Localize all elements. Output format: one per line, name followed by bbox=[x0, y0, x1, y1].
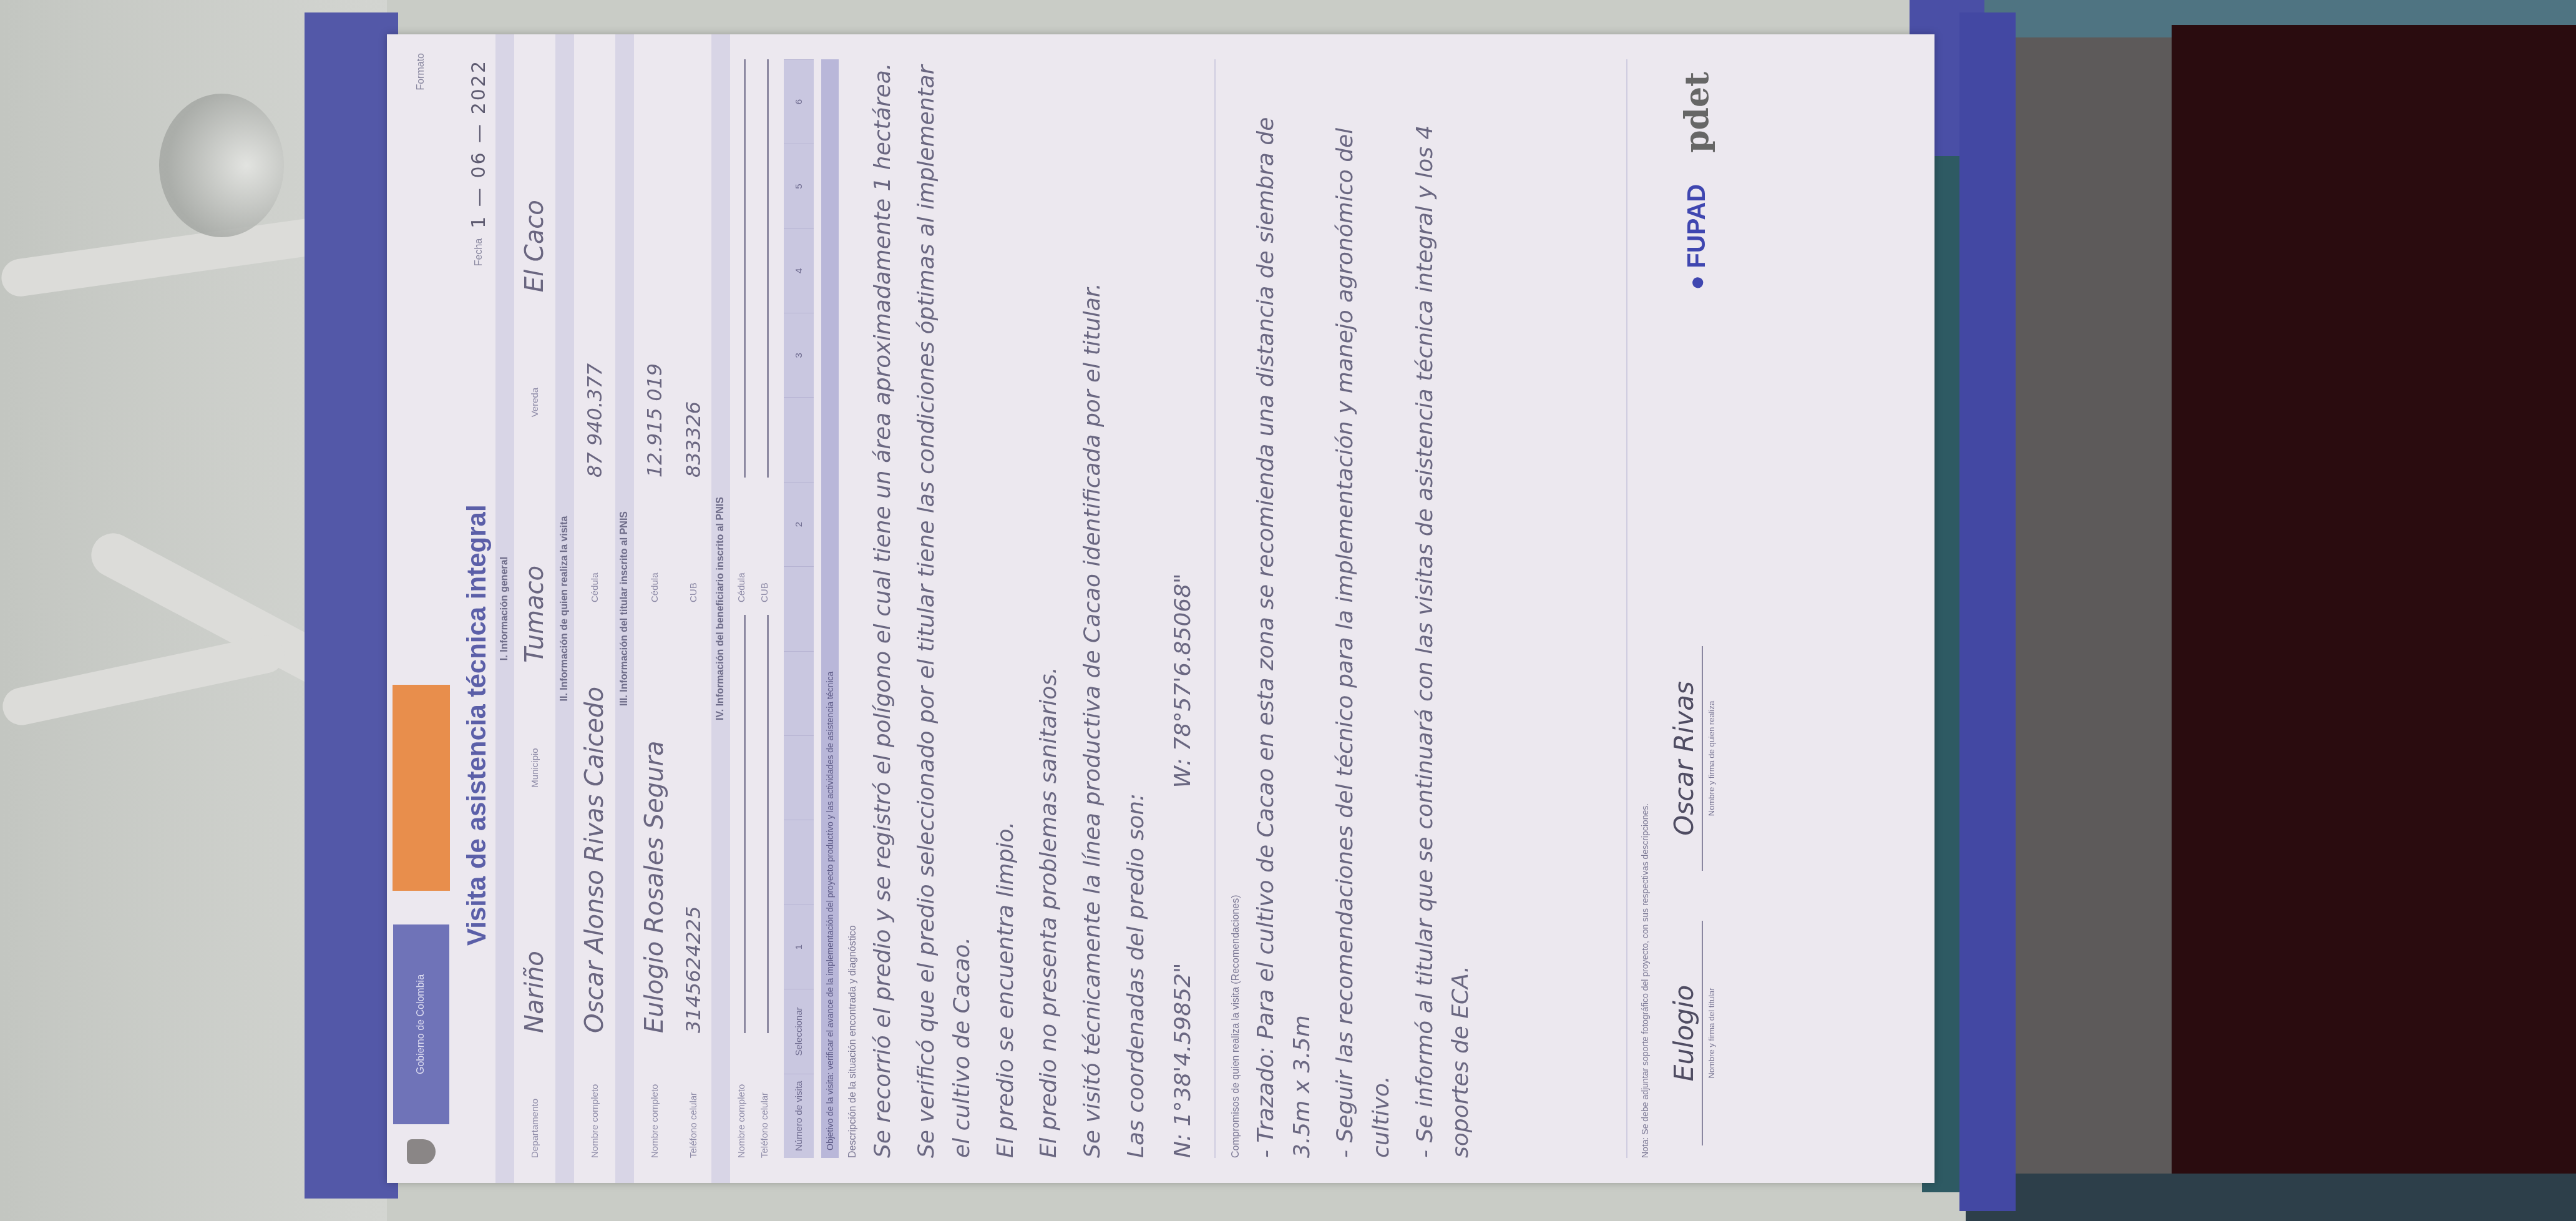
beneficiary-name-row: Nombre completo Cédula bbox=[730, 34, 753, 1183]
visit-grid-cell: Seleccionar bbox=[784, 989, 814, 1073]
recommendation-line: - Trazado: Para el cultivo de Cacao en e… bbox=[1244, 34, 1324, 1183]
section-general-title: I. Información general bbox=[495, 34, 514, 1183]
visit-grid-cell bbox=[784, 397, 814, 481]
folder-cover-edge bbox=[1959, 12, 2016, 1211]
owner-phone-value: 3145624225 bbox=[681, 615, 705, 1033]
signature-owner-value: Eulogio bbox=[1669, 921, 1703, 1145]
format-label: Formato bbox=[416, 53, 427, 91]
visit-grid-cell: 5 bbox=[784, 144, 814, 228]
background-metal-disc bbox=[159, 94, 284, 237]
pdet-logo: pdet bbox=[1678, 72, 1716, 153]
owner-phone-row: Teléfono celular 3145624225 CUB 833326 bbox=[675, 34, 711, 1183]
description-line: Las coordenadas del predio son: bbox=[1115, 34, 1158, 1183]
visit-grid-cell: 3 bbox=[784, 313, 814, 397]
coordinate-north: N: 1°38'4.59852" bbox=[1170, 963, 1196, 1158]
fupad-logo: ● FUPAD bbox=[1683, 184, 1711, 290]
partner-logos: ● FUPAD pdet bbox=[1678, 72, 1716, 290]
agency-logo bbox=[393, 685, 450, 891]
visitor-id-value: 87 940.377 bbox=[583, 59, 607, 478]
visitor-info-row: Nombre completo Oscar Alonso Rivas Caice… bbox=[574, 34, 615, 1183]
vereda-value: El Caco bbox=[520, 59, 549, 292]
beneficiary-name-label: Nombre completo bbox=[736, 1046, 747, 1158]
beneficiary-cub-blank bbox=[761, 59, 769, 478]
signature-owner: Eulogio Nombre y firma del titular bbox=[1669, 921, 1716, 1145]
coordinate-west: W: 78°57'6.85068" bbox=[1170, 573, 1196, 788]
beneficiary-name-blank bbox=[738, 615, 746, 1033]
coordinates: N: 1°38'4.59852" W: 78°57'6.85068" bbox=[1158, 34, 1208, 1183]
beneficiary-phone-row: Teléfono celular CUB bbox=[753, 34, 776, 1183]
section-owner-title: III. Información del titular inscrito al… bbox=[615, 34, 634, 1183]
signature-row: Eulogio Nombre y firma del titular Oscar… bbox=[1656, 34, 1729, 1183]
owner-name-row: Nombre completo Eulogio Rosales Segura C… bbox=[634, 34, 675, 1183]
description-line: El predio se encuentra limpio. bbox=[984, 34, 1028, 1183]
visit-grid-cell bbox=[784, 566, 814, 650]
folder-cover-edge bbox=[305, 12, 398, 1199]
date-value: 1 — 06 — 2022 bbox=[468, 59, 490, 228]
section-divider bbox=[1214, 59, 1216, 1158]
visitor-id-label: Cédula bbox=[590, 490, 600, 602]
signature-visitor: Oscar Rivas Nombre y firma de quien real… bbox=[1669, 646, 1716, 871]
visit-grid-cell: 1 bbox=[784, 905, 814, 989]
owner-cub-label: CUB bbox=[688, 490, 699, 602]
beneficiary-id-blank bbox=[738, 59, 746, 478]
footer-note: Nota: Se debe adjuntar soporte fotográfi… bbox=[1634, 34, 1656, 1183]
beneficiary-cub-label: CUB bbox=[759, 490, 770, 602]
recommendations-label: Compromisos de quien realiza la visita (… bbox=[1222, 34, 1244, 1183]
owner-id-value: 12.915 019 bbox=[643, 59, 666, 478]
signature-visitor-value: Oscar Rivas bbox=[1669, 646, 1703, 871]
owner-cub-value: 833326 bbox=[681, 59, 705, 478]
signature-visitor-label: Nombre y firma de quien realiza bbox=[1703, 646, 1716, 871]
signature-owner-label: Nombre y firma del titular bbox=[1703, 921, 1716, 1145]
owner-name-value: Eulogio Rosales Segura bbox=[640, 615, 669, 1033]
description-line: Se visitó técnicamente la línea producti… bbox=[1071, 34, 1115, 1183]
owner-phone-label: Teléfono celular bbox=[688, 1046, 699, 1158]
description-line: Se recorrió el predio y se registró el p… bbox=[861, 34, 905, 1183]
background-cloth bbox=[1966, 1174, 2576, 1221]
visit-grid-cell: 4 bbox=[784, 228, 814, 313]
description-line: Se verificó que el predio seleccionado p… bbox=[905, 34, 984, 1183]
form-sheet: Gobierno de Colombia Formato Visita de a… bbox=[387, 34, 1934, 1183]
vereda-label: Vereda bbox=[530, 305, 540, 417]
recommendation-line: - Seguir las recomendaciones del técnico… bbox=[1324, 34, 1403, 1183]
description-line: El predio no presenta problemas sanitari… bbox=[1027, 34, 1071, 1183]
owner-id-label: Cédula bbox=[650, 490, 660, 602]
date-field: Fecha 1 — 06 — 2022 bbox=[468, 59, 490, 266]
section-divider bbox=[1626, 59, 1627, 1158]
blank-space bbox=[1483, 34, 1620, 1183]
visit-grid-cell: 2 bbox=[784, 482, 814, 566]
municipality-value: Tumaco bbox=[520, 429, 549, 662]
beneficiary-id-label: Cédula bbox=[736, 490, 747, 602]
visit-grid-cell bbox=[784, 735, 814, 820]
visit-grid-cell: 6 bbox=[784, 59, 814, 144]
coat-of-arms-icon bbox=[407, 1139, 436, 1164]
section-visitor-title: II. Información de quien realiza la visi… bbox=[555, 34, 574, 1183]
background-dark-fabric bbox=[2172, 25, 2576, 1221]
municipality-label: Municipio bbox=[530, 675, 540, 788]
beneficiary-phone-label: Teléfono celular bbox=[759, 1046, 770, 1158]
form-header: Gobierno de Colombia Formato bbox=[387, 34, 456, 1183]
visit-grid-cell bbox=[784, 820, 814, 904]
department-value: Nariño bbox=[520, 800, 549, 1033]
government-logo: Gobierno de Colombia bbox=[393, 924, 449, 1124]
visit-number-grid: Número de visita Seleccionar 1 2 3 4 5 6 bbox=[784, 59, 814, 1158]
date-label: Fecha bbox=[474, 238, 485, 266]
visit-grid-cell bbox=[784, 651, 814, 735]
owner-name-label: Nombre completo bbox=[650, 1046, 660, 1158]
description-label: Descripción de la situación encontrada y… bbox=[839, 34, 861, 1183]
recommendation-line: - Se informó al titular que se continuar… bbox=[1403, 34, 1483, 1183]
form-page: Gobierno de Colombia Formato Visita de a… bbox=[387, 34, 1934, 1183]
visit-objective-note: Objetivo de la visita: verificar el avan… bbox=[821, 59, 839, 1158]
general-info-row: Departamento Nariño Municipio Tumaco Ver… bbox=[514, 34, 555, 1183]
visitor-name-label: Nombre completo bbox=[590, 1046, 600, 1158]
visitor-name-value: Oscar Alonso Rivas Caicedo bbox=[580, 615, 609, 1033]
visit-grid-header: Número de visita bbox=[784, 1074, 814, 1158]
beneficiary-phone-blank bbox=[761, 615, 769, 1033]
department-label: Departamento bbox=[530, 1046, 540, 1158]
section-beneficiary-title: IV. Información del beneficiario inscrit… bbox=[711, 34, 730, 1183]
